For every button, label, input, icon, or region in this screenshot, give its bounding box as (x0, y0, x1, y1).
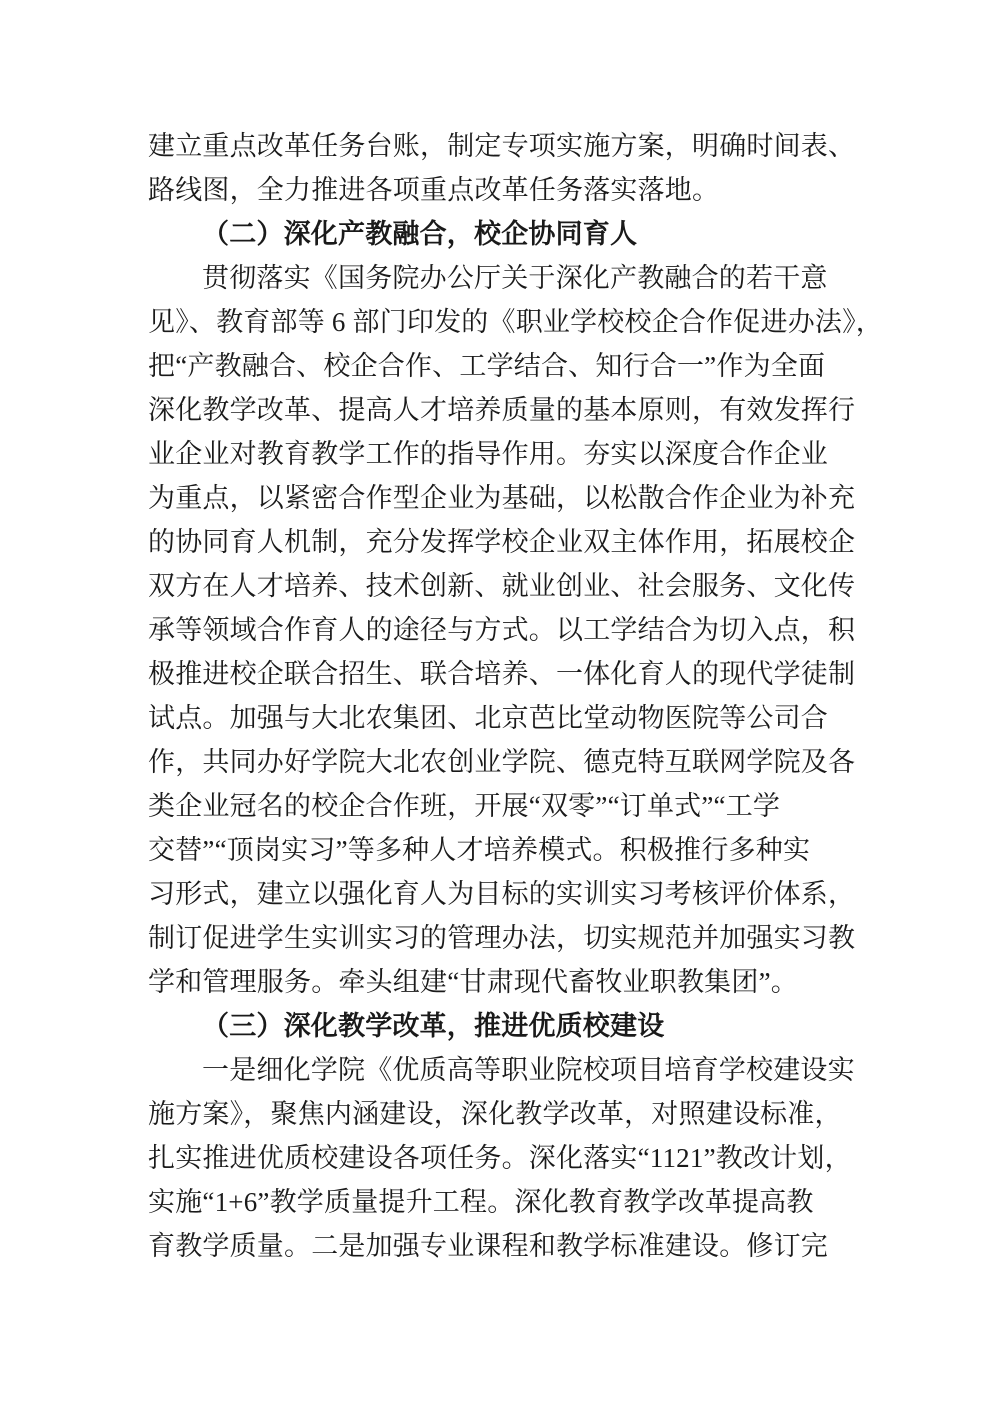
text-line: 扎实推进优质校建设各项任务。深化落实“1121”教改计划， (148, 1136, 860, 1180)
text-line: 育教学质量。二是加强专业课程和教学标准建设。修订完 (148, 1224, 860, 1268)
text-line: 制订促进学生实训实习的管理办法，切实规范并加强实习教 (148, 916, 860, 960)
heading-line: （三）深化教学改革，推进优质校建设 (148, 1004, 860, 1048)
section-heading: （三）深化教学改革，推进优质校建设 (148, 1004, 860, 1048)
heading-line: （二）深化产教融合，校企协同育人 (148, 212, 860, 256)
text-line: 试点。加强与大北农集团、北京芭比堂动物医院等公司合 (148, 696, 860, 740)
text-line: 极推进校企联合招生、联合培养、一体化育人的现代学徒制 (148, 652, 860, 696)
text-line: 双方在人才培养、技术创新、就业创业、社会服务、文化传 (148, 564, 860, 608)
paragraph: 建立重点改革任务台账，制定专项实施方案，明确时间表、路线图，全力推进各项重点改革… (148, 124, 860, 212)
text-line: 见》、教育部等 6 部门印发的《职业学校校企合作促进办法》， (148, 300, 860, 344)
text-line: 建立重点改革任务台账，制定专项实施方案，明确时间表、 (148, 124, 860, 168)
text-line: 交替”“顶岗实习”等多种人才培养模式。积极推行多种实 (148, 828, 860, 872)
section-heading: （二）深化产教融合，校企协同育人 (148, 212, 860, 256)
text-line: 实施“1+6”教学质量提升工程。深化教育教学改革提高教 (148, 1180, 860, 1224)
text-line: 习形式，建立以强化育人为目标的实训实习考核评价体系， (148, 872, 860, 916)
text-line: 为重点，以紧密合作型企业为基础，以松散合作企业为补充 (148, 476, 860, 520)
text-line: 把“产教融合、校企合作、工学结合、知行合一”作为全面 (148, 344, 860, 388)
text-line: 一是细化学院《优质高等职业院校项目培育学校建设实 (148, 1048, 860, 1092)
text-line: 学和管理服务。牵头组建“甘肃现代畜牧业职教集团”。 (148, 960, 860, 1004)
paragraph: 一是细化学院《优质高等职业院校项目培育学校建设实施方案》，聚焦内涵建设，深化教学… (148, 1048, 860, 1268)
paragraph: 贯彻落实《国务院办公厅关于深化产教融合的若干意见》、教育部等 6 部门印发的《职… (148, 256, 860, 1004)
text-line: 承等领域合作育人的途径与方式。以工学结合为切入点，积 (148, 608, 860, 652)
text-line: 作，共同办好学院大北农创业学院、德克特互联网学院及各 (148, 740, 860, 784)
text-line: 路线图，全力推进各项重点改革任务落实落地。 (148, 168, 860, 212)
document-page: 建立重点改革任务台账，制定专项实施方案，明确时间表、路线图，全力推进各项重点改革… (0, 0, 1000, 1414)
text-line: 施方案》，聚焦内涵建设，深化教学改革，对照建设标准， (148, 1092, 860, 1136)
document-body: 建立重点改革任务台账，制定专项实施方案，明确时间表、路线图，全力推进各项重点改革… (148, 124, 860, 1268)
text-line: 深化教学改革、提高人才培养质量的基本原则，有效发挥行 (148, 388, 860, 432)
text-line: 贯彻落实《国务院办公厅关于深化产教融合的若干意 (148, 256, 860, 300)
text-line: 的协同育人机制，充分发挥学校企业双主体作用，拓展校企 (148, 520, 860, 564)
text-line: 类企业冠名的校企合作班，开展“双零”“订单式”“工学 (148, 784, 860, 828)
text-line: 业企业对教育教学工作的指导作用。夯实以深度合作企业 (148, 432, 860, 476)
